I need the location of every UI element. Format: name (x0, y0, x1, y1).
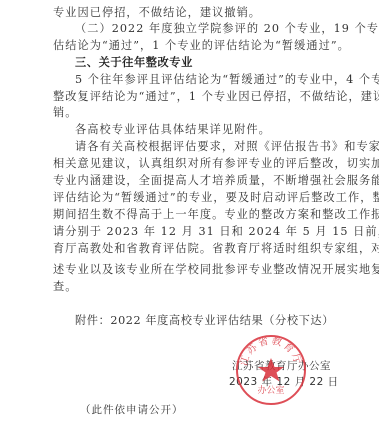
text-line: 育厅高教处和省教育评估院。省教育厅将适时组织专家组，对上 (53, 241, 331, 257)
text-line: 相关意见建议，认真组织对所有参评专业的评后整改，切实加强 (53, 156, 331, 172)
text-line: 整改复评结论为“通过”，1 个专业因已停招，不做结论，建议撤 (53, 89, 331, 105)
text-line: 期间招生数不得高于上一年度。专业的整改方案和整改工作报告 (53, 207, 331, 223)
seal-icon: 江苏省教育厅 办公室 (236, 335, 306, 405)
disclosure-note: （此件依申请公开） (80, 402, 184, 417)
document-page: 专业因已停招，不做结论，建议撤销。 （二）2022 年度独立学院参评的 20 个… (0, 0, 379, 426)
svg-text:办公室: 办公室 (257, 384, 284, 396)
section-heading: 三、关于往年整改专业 (75, 55, 331, 71)
text-line: 估结论为“通过”，1 个专业的评估结论为“暂缓通过”。 (53, 38, 331, 54)
text-line: 专业内涵建设，全面提高人才培养质量，不断增强社会服务能力。 (53, 173, 331, 189)
text-line: （二）2022 年度独立学院参评的 20 个专业，19 个专业的评 (75, 21, 331, 37)
text-line: 请分别于 2023 年 12 月 31 日和 2024 年 5 月 15 日前，… (53, 224, 331, 240)
official-seal: 江苏省教育厅 办公室 (236, 335, 306, 405)
attachment-line: 附件：2022 年度高校专业评估结果（分校下达） (75, 313, 331, 329)
text-line: 各高校专业评估具体结果详见附件。 (75, 122, 331, 138)
text-line: 述专业以及该专业所在学校同批参评专业整改情况开展实地复 (53, 262, 331, 278)
text-line: 评估结论为“暂缓通过”的专业，要及时启动评后整改工作，整改 (53, 190, 331, 206)
text-line: 请各有关高校根据评估要求，对照《评估报告书》和专家组 (75, 139, 331, 155)
text-line: 查。 (53, 279, 331, 295)
text-line: 销。 (53, 105, 331, 121)
text-line: 专业因已停招，不做结论，建议撤销。 (53, 5, 331, 21)
text-line: 5 个往年参评且评估结论为“暂缓通过”的专业中，4 个专业 (75, 72, 331, 88)
